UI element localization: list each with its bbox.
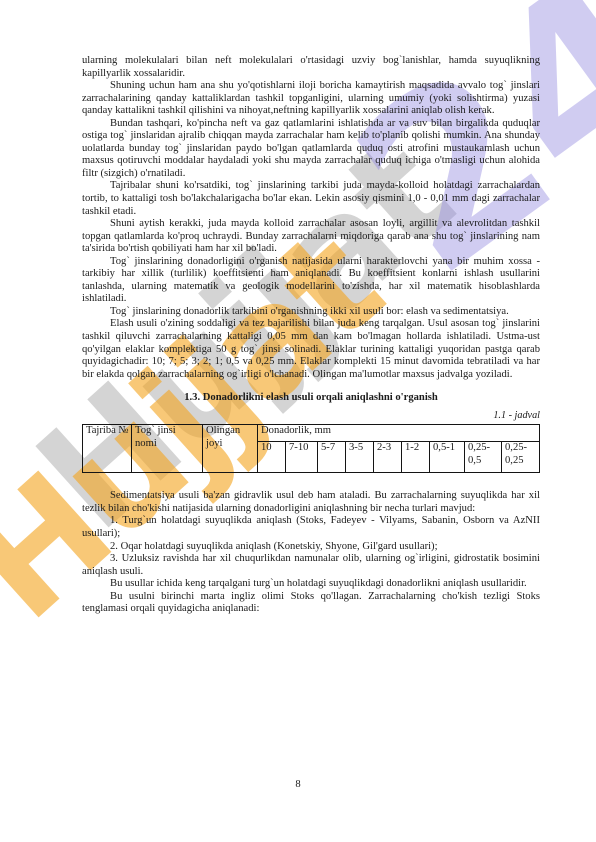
range-cell: 10 bbox=[258, 442, 286, 473]
paragraph: 1. Turg`un holatdagi suyuqlikda aniqlash… bbox=[82, 515, 540, 540]
paragraph: Tajribalar shuni ko'rsatdiki, tog` jinsl… bbox=[82, 180, 540, 218]
paragraph: Tog` jinslarining donadorlik tarkibini o… bbox=[82, 306, 540, 319]
grain-size-table: Tajriba № Tog` jinsi nomi Olingan joyi D… bbox=[82, 424, 540, 473]
range-cell: 0,5-1 bbox=[430, 442, 465, 473]
range-cell: 7-10 bbox=[286, 442, 318, 473]
range-cell: 1-2 bbox=[402, 442, 430, 473]
paragraph: Bu usullar ichida keng tarqalgani turg`u… bbox=[82, 578, 540, 591]
paragraph: Bu usulni birinchi marta ingliz olimi St… bbox=[82, 591, 540, 616]
after-table-text: Sedimentatsiya usuli ba'zan gidravlik us… bbox=[82, 490, 540, 615]
range-cell: 3-5 bbox=[346, 442, 374, 473]
section-heading: 1.3. Donadorlikni elash usuli orqali ani… bbox=[82, 392, 540, 405]
column-group-header-grain-size: Donadorlik, mm bbox=[258, 425, 540, 442]
paragraph: Sedimentatsiya usuli ba'zan gidravlik us… bbox=[82, 490, 540, 515]
column-header-rock-name: Tog` jinsi nomi bbox=[132, 425, 203, 473]
range-cell: 5-7 bbox=[318, 442, 346, 473]
paragraph: Elash usuli o'zining soddaligi va tez ba… bbox=[82, 318, 540, 381]
range-cell: 2-3 bbox=[374, 442, 402, 473]
column-header-experiment: Tajriba № bbox=[83, 425, 132, 473]
paragraph: Bundan tashqari, ko'pincha neft va gaz q… bbox=[82, 118, 540, 181]
paragraph: Tog` jinslarining donadorligini o'rganis… bbox=[82, 256, 540, 306]
table-caption: 1.1 - jadval bbox=[82, 410, 540, 423]
document-page: Hujjat Hujjat 24 ularning molekulalari b… bbox=[0, 0, 596, 842]
page-content: ularning molekulalari bilan neft molekul… bbox=[82, 55, 540, 616]
paragraph: 2. Oqar holatdagi suyuqlikda aniqlash (K… bbox=[82, 541, 540, 554]
page-number: 8 bbox=[0, 779, 596, 790]
range-cell: 0,25-0,5 bbox=[465, 442, 502, 473]
column-header-location: Olingan joyi bbox=[203, 425, 258, 473]
range-cell: 0,25-0,25 bbox=[502, 442, 540, 473]
table-header-row: Tajriba № Tog` jinsi nomi Olingan joyi D… bbox=[83, 425, 540, 442]
paragraph: Shuning uchun ham ana shu yo'qotishlarni… bbox=[82, 80, 540, 118]
paragraph: Shuni aytish kerakki, juda mayda kolloid… bbox=[82, 218, 540, 256]
paragraph: 3. Uzluksiz ravishda har xil chuqurlikda… bbox=[82, 553, 540, 578]
paragraph-continued: ularning molekulalari bilan neft molekul… bbox=[82, 55, 540, 80]
